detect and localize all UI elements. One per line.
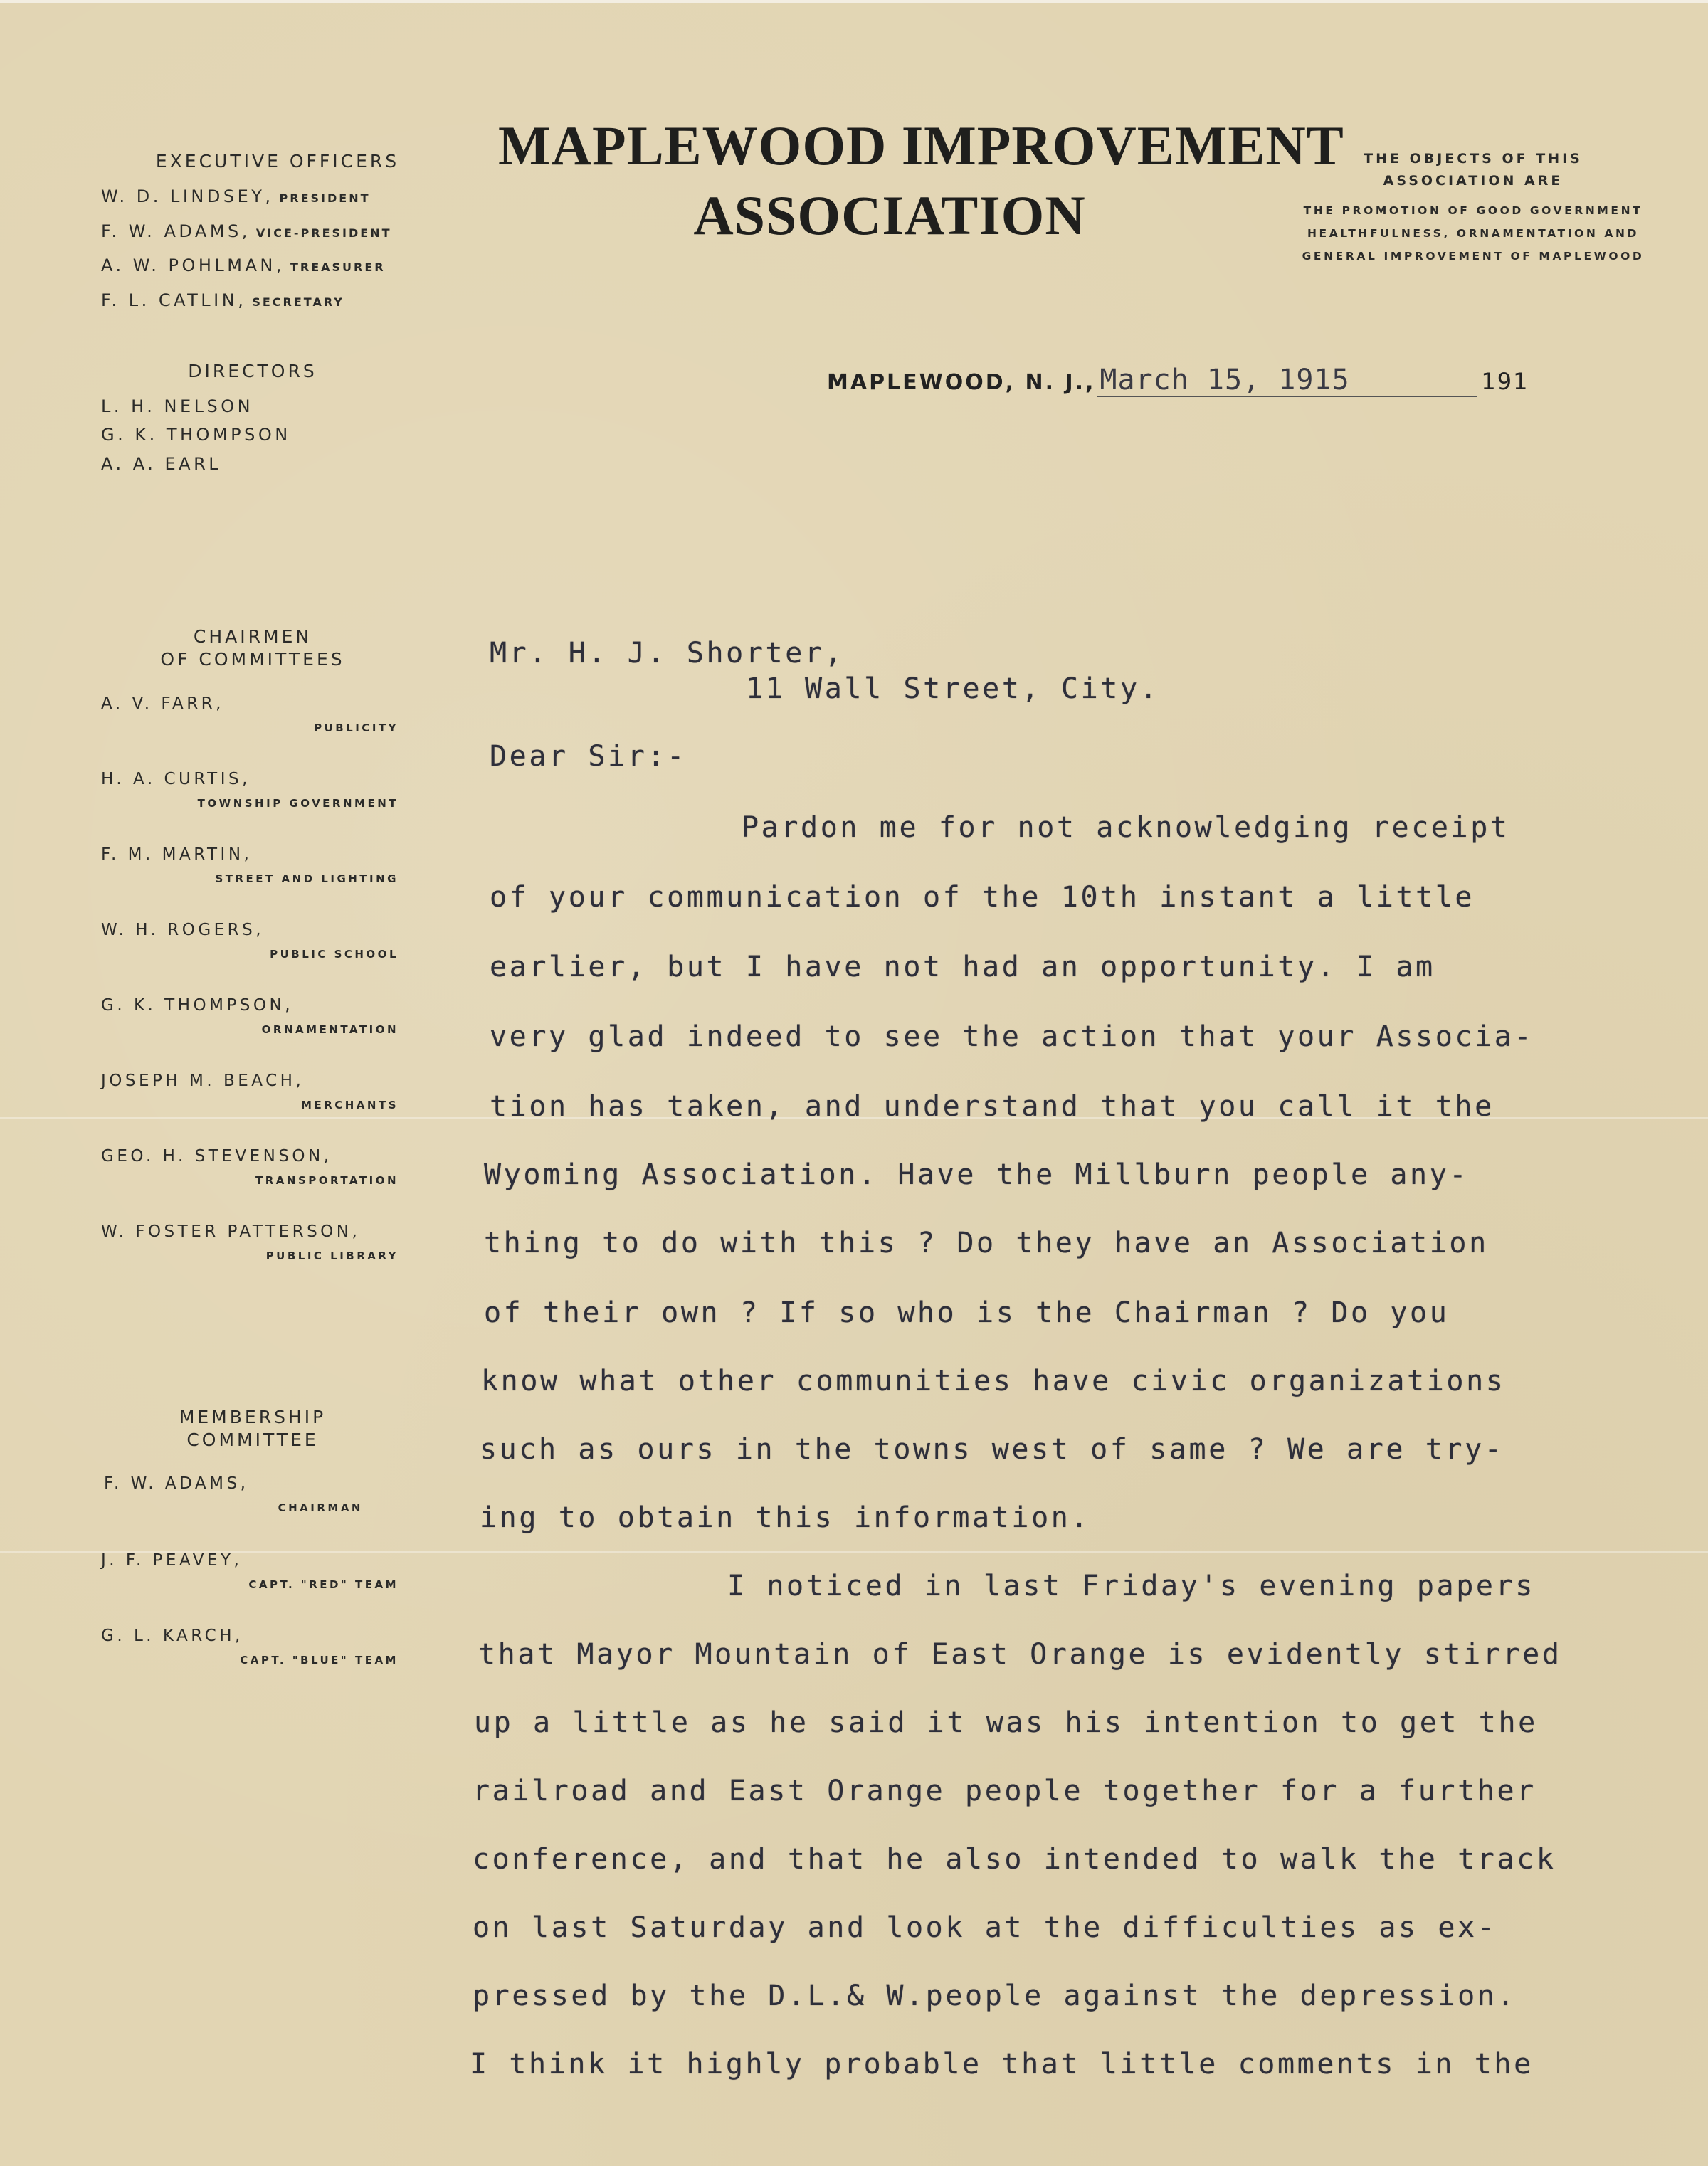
letter-line: ing to obtain this information. — [480, 1501, 1090, 1534]
recipient-address: 11 Wall Street, City. — [746, 672, 1159, 705]
officer-vice-president: F. W. ADAMS,Vice-President — [101, 221, 392, 241]
chairman-committee: Transportation — [255, 1174, 399, 1187]
membership-member-role: Capt. "Red" Team — [248, 1578, 399, 1591]
officer-president: W. D. LINDSEY,President — [101, 186, 371, 206]
chairman-name: H. A. CURTIS, — [101, 770, 251, 788]
letter-line: on last Saturday and look at the difficu… — [473, 1911, 1497, 1944]
chairman-committee: Merchants — [301, 1099, 399, 1111]
chairman-name: A. V. FARR, — [101, 694, 224, 713]
objects-heading-line2: ASSOCIATION ARE — [1267, 173, 1680, 189]
chairman-name: W. FOSTER PATTERSON, — [101, 1222, 360, 1241]
recipient-name: Mr. H. J. Shorter, — [490, 637, 844, 670]
director-item: G. K. THOMPSON — [101, 425, 291, 445]
letter-line: tion has taken, and understand that you … — [490, 1090, 1494, 1123]
chairmen-heading-line2: OF COMMITTEES — [100, 649, 406, 670]
membership-member-role: Chairman — [278, 1501, 363, 1514]
executive-officers-heading: EXECUTIVE OFFICERS — [100, 151, 455, 171]
objects-line: THE PROMOTION OF GOOD GOVERNMENT — [1260, 204, 1687, 217]
letter-line: Pardon me for not acknowledging receipt — [742, 811, 1510, 844]
objects-line: GENERAL IMPROVEMENT OF MAPLEWOOD — [1260, 250, 1687, 263]
chairman-committee: Public School — [270, 948, 399, 961]
letter-line: conference, and that he also intended to… — [473, 1843, 1556, 1876]
chairman-name: F. M. MARTIN, — [101, 845, 252, 864]
objects-heading-line1: THE OBJECTS OF THIS — [1267, 151, 1680, 167]
letter-line: railroad and East Orange people together… — [473, 1775, 1536, 1807]
letter-line: very glad indeed to see the action that … — [490, 1020, 1534, 1053]
directors-heading: DIRECTORS — [100, 361, 406, 381]
letter-line: that Mayor Mountain of East Orange is ev… — [478, 1638, 1562, 1671]
chairman-committee: Public Library — [266, 1250, 399, 1262]
letter-line: of their own ? If so who is the Chairman… — [484, 1296, 1449, 1329]
membership-heading-line2: COMMITTEE — [100, 1430, 406, 1450]
paper-fold-line — [0, 1551, 1708, 1553]
printed-year-prefix: 191 — [1481, 368, 1529, 395]
letterhead-title-line1: MAPLEWOOD IMPROVEMENT — [498, 114, 1281, 178]
letterhead-title-line2: ASSOCIATION — [498, 184, 1281, 248]
letter-line: thing to do with this ? Do they have an … — [484, 1227, 1489, 1259]
chairmen-heading-line1: CHAIRMEN — [100, 626, 406, 647]
chairman-name: JOSEPH M. BEACH, — [101, 1072, 304, 1090]
officer-secretary: F. L. CATLIN,Secretary — [101, 290, 344, 310]
chairman-committee: Street and Lighting — [215, 872, 399, 885]
letter-line: pressed by the D.L.& W.people against th… — [473, 1980, 1517, 2012]
chairman-name: G. K. THOMPSON, — [101, 996, 293, 1015]
chairman-name: W. H. ROGERS, — [101, 921, 264, 939]
director-item: L. H. NELSON — [101, 396, 253, 416]
director-item: A. A. EARL — [101, 454, 221, 474]
letter-line: earlier, but I have not had an opportuni… — [490, 951, 1435, 983]
letter-line: Wyoming Association. Have the Millburn p… — [484, 1158, 1469, 1191]
chairman-committee: Publicity — [314, 722, 399, 734]
membership-member-name: F. W. ADAMS, — [104, 1474, 248, 1493]
letter-line: know what other communities have civic o… — [481, 1365, 1505, 1398]
letter-line: up a little as he said it was his intent… — [474, 1706, 1538, 1739]
membership-member-role: Capt. "Blue" Team — [240, 1654, 399, 1666]
place-name: MAPLEWOOD, N. J., — [827, 370, 1095, 395]
letter-line: such as ours in the towns west of same ?… — [480, 1433, 1504, 1466]
date-line: MAPLEWOOD, N. J., March 15, 1915 191 — [827, 364, 1529, 397]
salutation: Dear Sir:- — [490, 740, 687, 773]
letter-line: I think it highly probable that little c… — [470, 2048, 1534, 2081]
chairman-committee: Ornamentation — [262, 1023, 399, 1036]
letter-line: I noticed in last Friday's evening paper… — [727, 1570, 1535, 1602]
membership-heading-line1: MEMBERSHIP — [100, 1407, 406, 1427]
membership-member-name: J. F. PEAVEY, — [101, 1551, 242, 1570]
officer-treasurer: A. W. POHLMAN,Treasurer — [101, 255, 386, 275]
objects-line: HEALTHFULNESS, ORNAMENTATION AND — [1260, 227, 1687, 240]
membership-member-name: G. L. KARCH, — [101, 1627, 243, 1645]
typed-date: March 15, 1915 — [1097, 364, 1477, 397]
chairman-committee: Township Government — [198, 797, 399, 810]
chairman-name: GEO. H. STEVENSON, — [101, 1147, 332, 1166]
letter-line: of your communication of the 10th instan… — [490, 881, 1475, 914]
